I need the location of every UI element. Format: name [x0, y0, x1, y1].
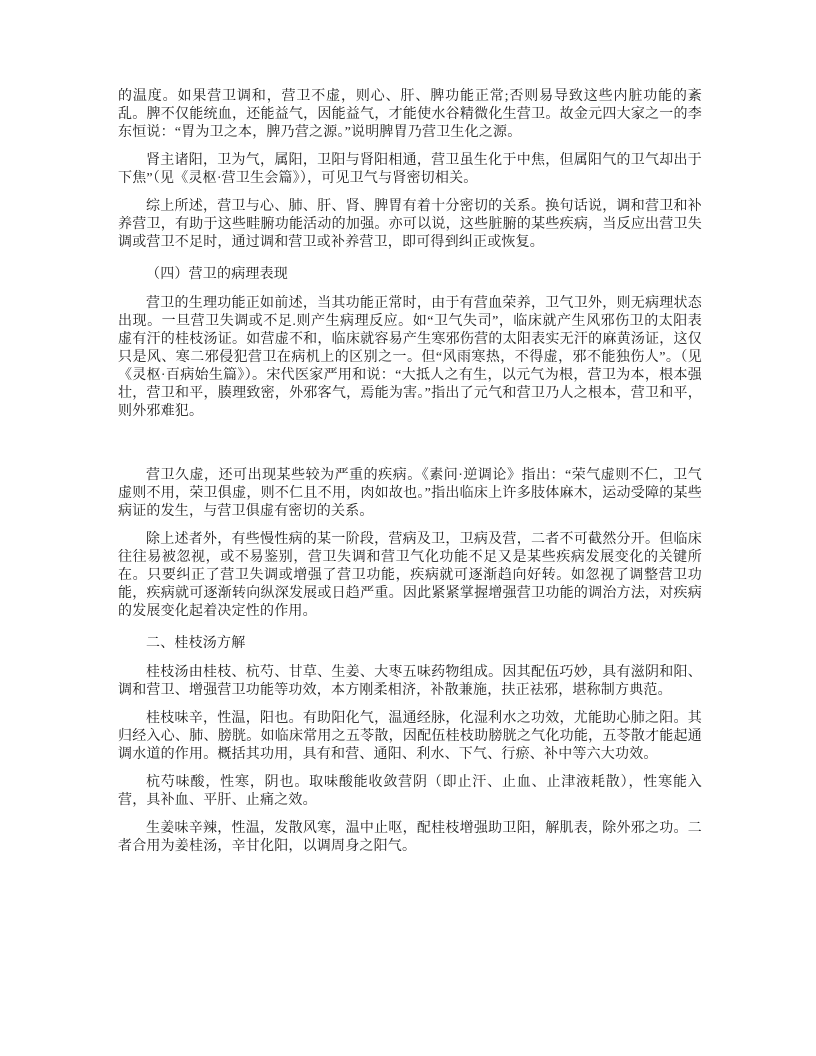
- paragraph-guizhi-properties: 桂枝味辛，性温，阳也。有助阳化气，温通经脉，化湿利水之功效，尤能助心肺之阳。其归…: [118, 710, 702, 764]
- paragraph-continuation: 的温度。如果营卫调和，营卫不虚，则心、肝、脾功能正常;否则易导致这些内脏功能的紊…: [118, 88, 702, 142]
- paragraph-summary-organs: 综上所述，营卫与心、肺、肝、肾、脾胃有着十分密切的关系。换句话说，调和营卫和补养…: [118, 198, 702, 252]
- section-heading-guizhitang: 二、桂枝汤方解: [118, 635, 702, 653]
- paragraph-chronic-deficiency: 营卫久虚，还可出现某些较为严重的疾病。《素问·逆调论》指出：“荣气虚则不仁，卫气…: [118, 467, 702, 521]
- section-heading-pathology: （四）营卫的病理表现: [118, 266, 702, 284]
- document-page: 的温度。如果营卫调和，营卫不虚，则心、肝、脾功能正常;否则易导致这些内脏功能的紊…: [118, 88, 702, 866]
- paragraph-pathology: 营卫的生理功能正如前述，当其功能正常时，由于有营血荣养，卫气卫外，则无病理状态出…: [118, 295, 702, 421]
- paragraph-hangshao-properties: 杭芍味酸，性寒，阴也。取味酸能收敛营阴（即止汗、止血、止津液耗散），性寒能入营，…: [118, 774, 702, 810]
- paragraph-shengjiang-properties: 生姜味辛辣，性温，发散风寒，温中止呕，配桂枝增强助卫阳，解肌表，除外邪之功。二者…: [118, 820, 702, 856]
- paragraph-formula-composition: 桂枝汤由桂枝、杭芍、甘草、生姜、大枣五味药物组成。因其配伍巧妙，具有滋阴和阳、调…: [118, 664, 702, 700]
- paragraph-chronic-disease: 除上述者外，有些慢性病的某一阶段，营病及卫，卫病及营，二者不可截然分开。但临床往…: [118, 531, 702, 621]
- paragraph-kidney-weiqi: 肾主诸阳，卫为气，属阳，卫阳与肾阳相通，营卫虽生化于中焦，但属阳气的卫气却出于下…: [118, 152, 702, 188]
